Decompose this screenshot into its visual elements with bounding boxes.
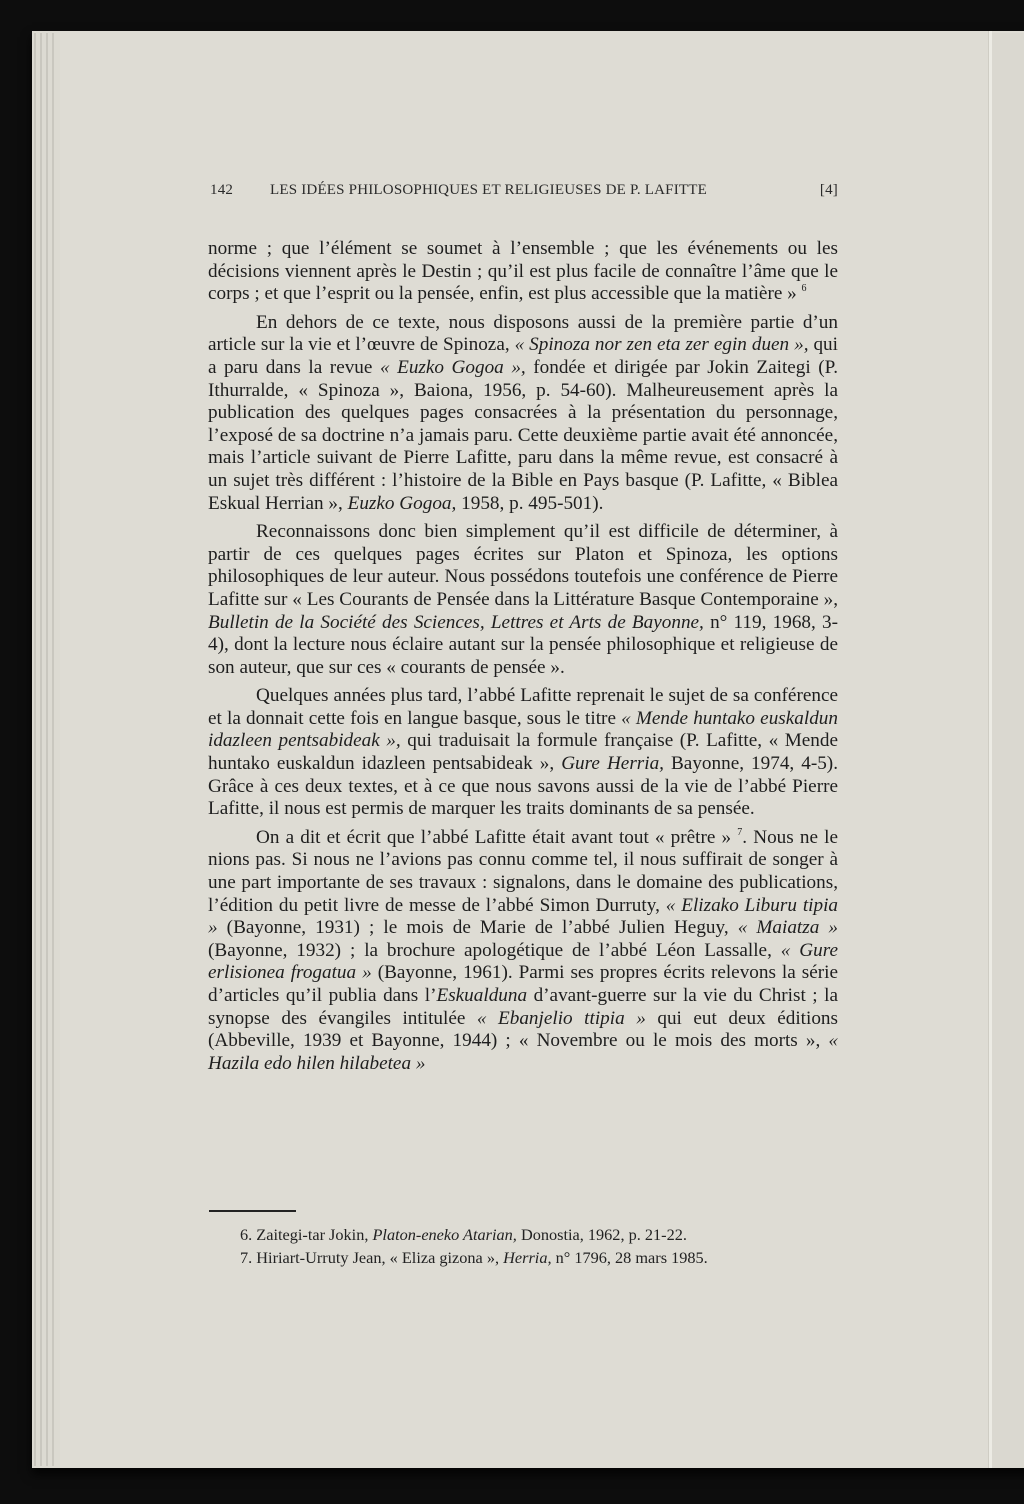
footnote-number: 7. [240,1248,252,1267]
work-title: Herria, [503,1248,551,1267]
page-edge [34,33,36,1466]
body-text: norme ; que l’élément se soumet à l’ense… [208,238,838,1081]
work-title: Gure Herria, [561,753,664,774]
work-title: « Spinoza nor zen eta zer egin duen », [515,334,809,355]
paragraph-text: Reconnaissons donc bien simplement qu’il… [208,521,838,610]
work-title: Bulletin de la Société des Sciences, Let… [208,612,704,633]
work-title: Platon-eneko Atarian, [372,1225,516,1244]
work-title: Eskualduna [436,985,527,1006]
footnotes: 6. Zaitegi-tar Jokin, Platon-eneko Atari… [240,1224,840,1269]
page-number: 142 [210,182,270,199]
paragraph-2: En dehors de ce texte, nous disposons au… [208,312,838,515]
paragraph-text: norme ; que l’élément se soumet à l’ense… [208,238,838,304]
footnote-ref-6: 6 [802,283,807,294]
footnote-rule [209,1210,296,1212]
paragraph-4: Quelques années plus tard, l’abbé Lafitt… [208,685,838,821]
footnote-text: Donostia, 1962, p. 21-22. [517,1225,687,1244]
work-title: Euzko Gogoa, [348,493,457,514]
paragraph-1: norme ; que l’élément se soumet à l’ense… [208,238,838,306]
paragraph-text: fondée et dirigée par Jokin Zaitegi (P. … [208,357,838,514]
footnote-text: Hiriart-Urruty Jean, « Eliza gizona », [252,1248,503,1267]
page-edge [52,33,54,1466]
work-title: « Maiatza » [738,917,838,938]
paragraph-text: (Bayonne, 1931) ; le mois de Marie de l’… [218,917,738,938]
running-title: LES IDÉES PHILOSOPHIQUES ET RELIGIEUSES … [270,182,820,199]
facing-page-edge [992,33,1024,1468]
footnote-number: 6. [240,1225,252,1244]
paragraph-text: 1958, p. 495-501). [456,493,603,514]
running-head: 142 LES IDÉES PHILOSOPHIQUES ET RELIGIEU… [210,182,838,199]
footnote-text: Zaitegi-tar Jokin, [252,1225,372,1244]
footnote-text: n° 1796, 28 mars 1985. [552,1248,708,1267]
page-edge [46,33,48,1466]
paragraph-text: (Bayonne, 1932) ; la brochure apologétiq… [208,940,781,961]
footnote-7: 7. Hiriart-Urruty Jean, « Eliza gizona »… [240,1247,840,1270]
work-title: « Ebanjelio ttipia » [477,1008,646,1029]
paragraph-5: On a dit et écrit que l’abbé Lafitte éta… [208,827,838,1076]
section-number: [4] [820,182,838,199]
footnote-6: 6. Zaitegi-tar Jokin, Platon-eneko Atari… [240,1224,840,1247]
page-edge [40,33,42,1466]
work-title: « Euzko Gogoa », [380,357,526,378]
paragraph-3: Reconnaissons donc bien simplement qu’il… [208,521,838,679]
paragraph-text: On a dit et écrit que l’abbé Lafitte éta… [256,827,737,848]
